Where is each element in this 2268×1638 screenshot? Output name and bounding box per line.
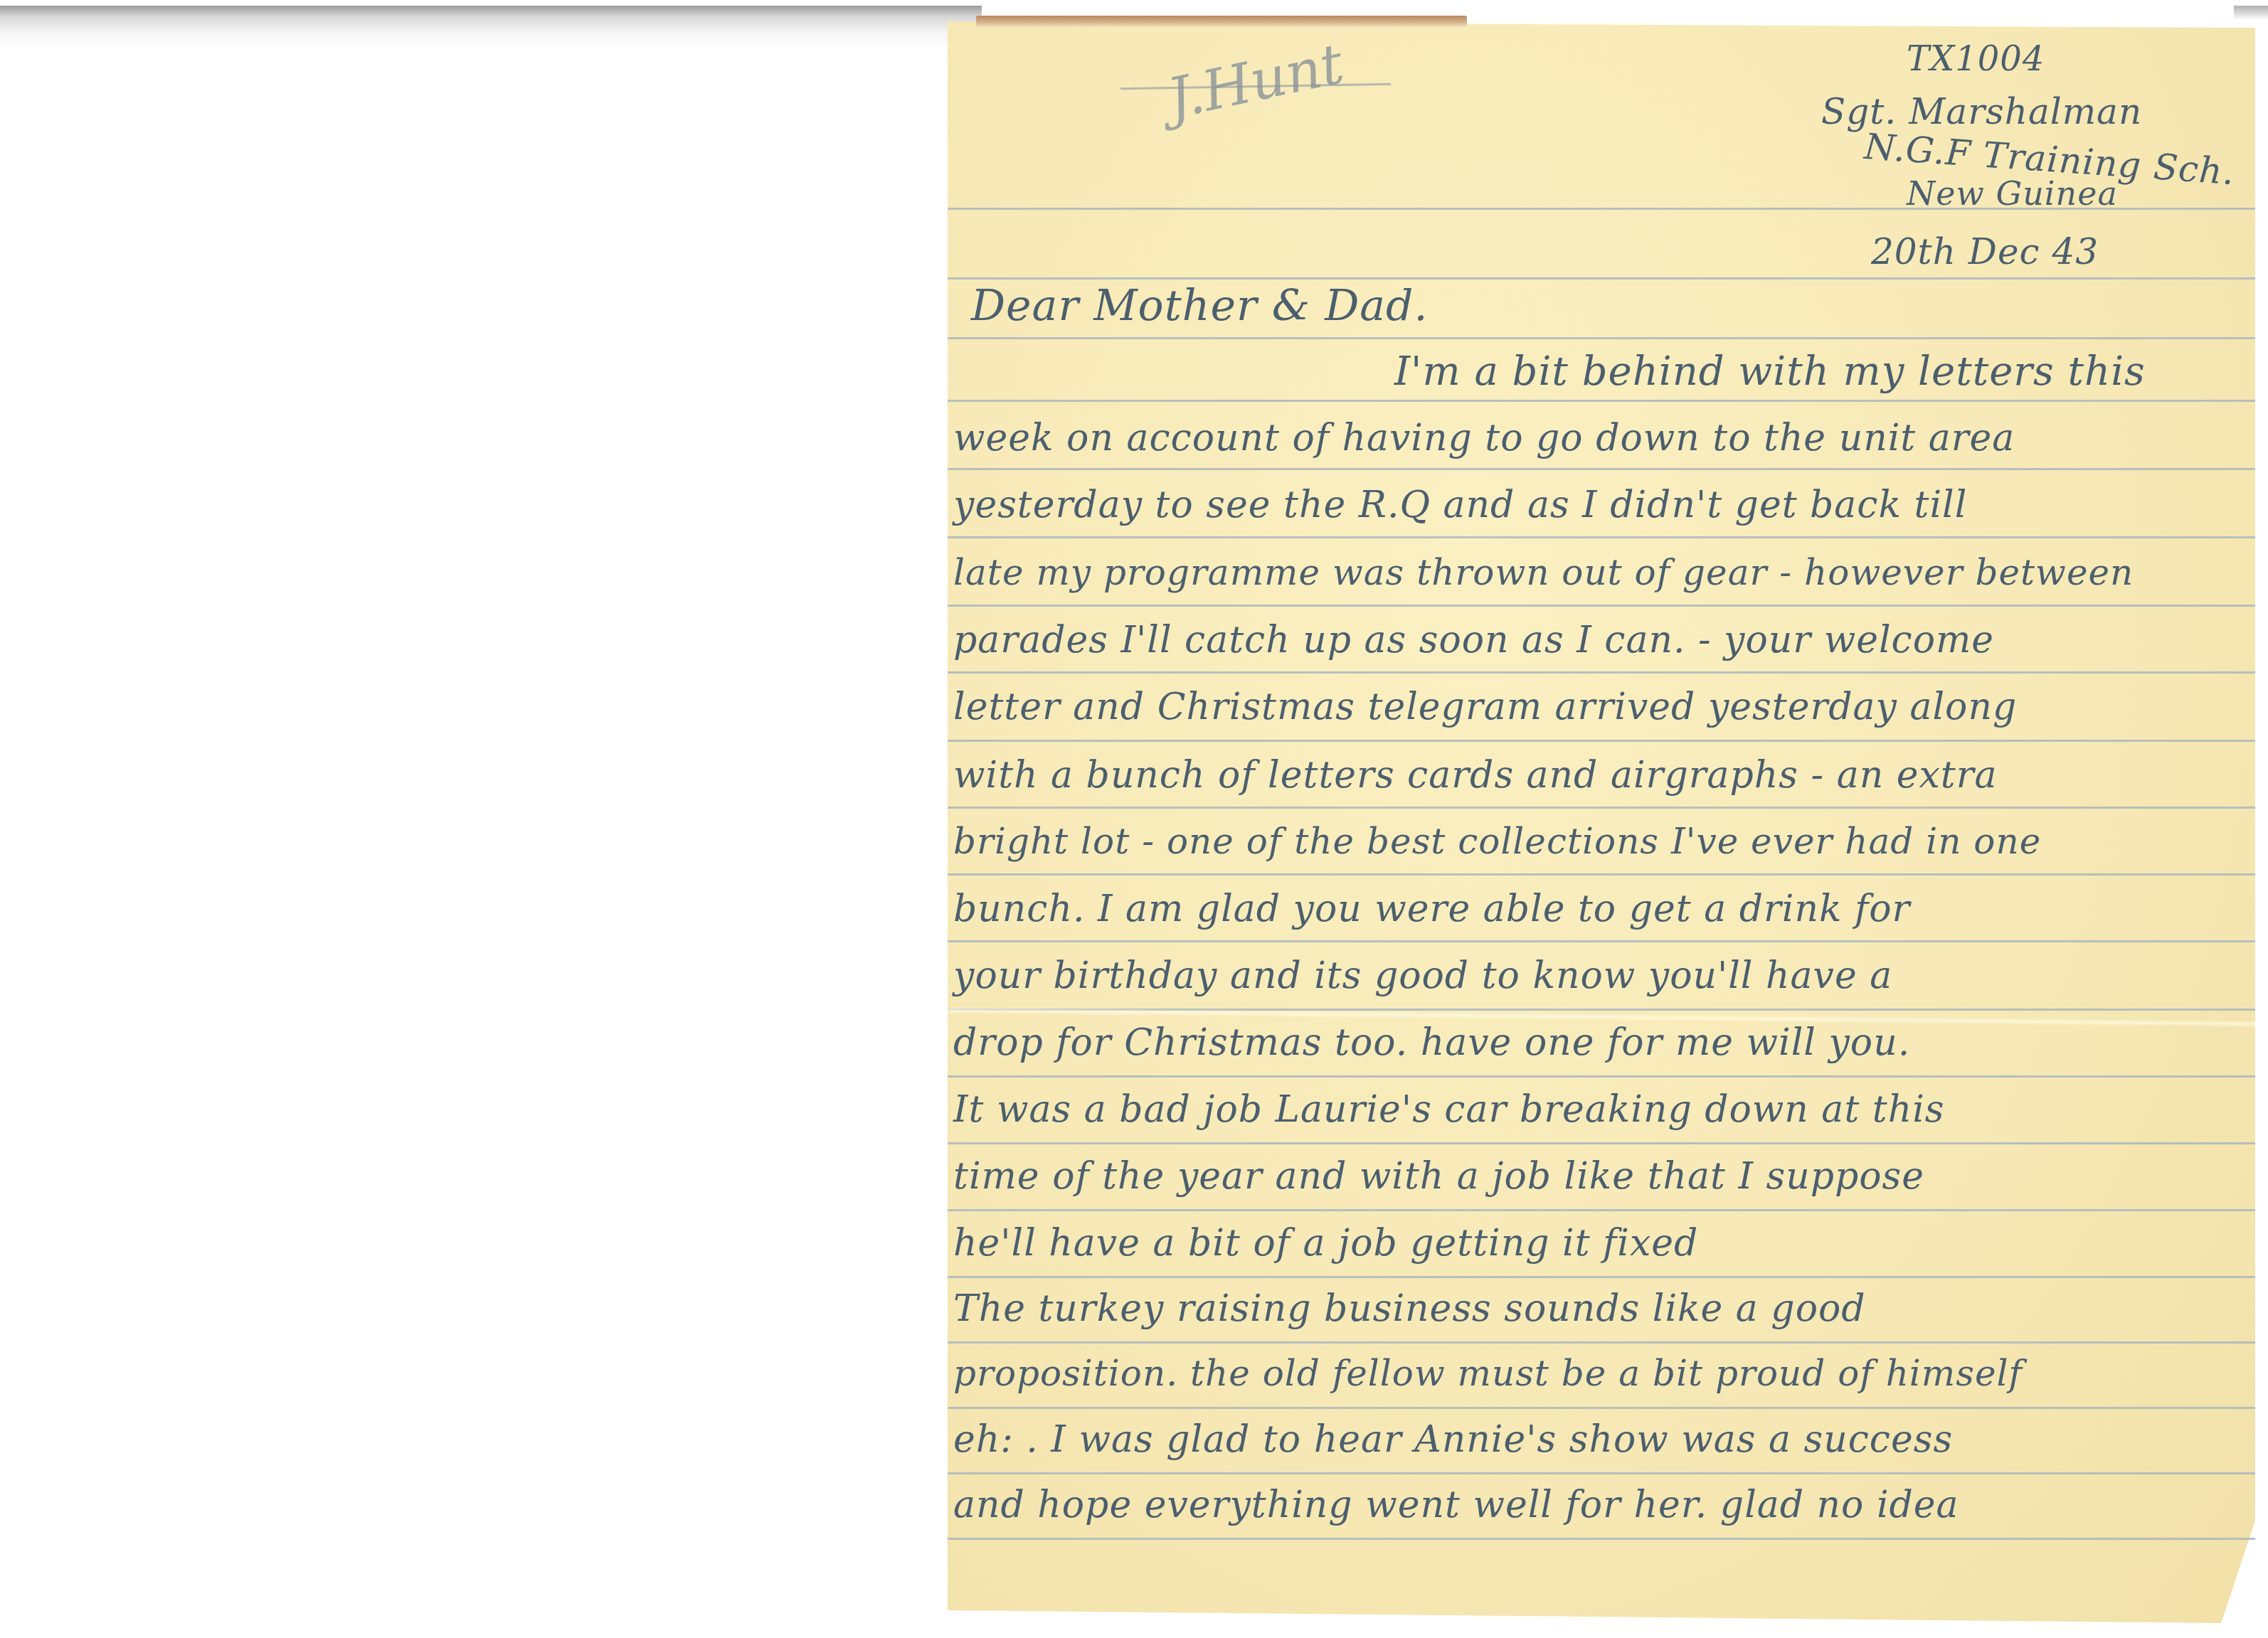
letter-line: late my programme was thrown out of gear… <box>953 552 2134 593</box>
ruled-line <box>948 740 2255 742</box>
letter-line: eh: . I was glad to hear Annie's show wa… <box>953 1418 1953 1461</box>
ruled-line <box>948 807 2255 809</box>
ruled-line <box>948 1407 2255 1409</box>
salutation: Dear Mother & Dad. <box>971 281 1429 331</box>
sender-location: New Guinea <box>1907 174 2118 213</box>
service-number: TX1004 <box>1907 39 2045 79</box>
ruled-line <box>948 605 2255 607</box>
letter-line: he'll have a bit of a job getting it fix… <box>953 1222 1698 1265</box>
letter-line: and hope everything went well for her. g… <box>953 1484 1959 1526</box>
ruled-line <box>948 1472 2255 1474</box>
ruled-line <box>948 277 2255 280</box>
letter-line: time of the year and with a job like tha… <box>953 1155 1924 1198</box>
letter-line: yesterday to see the R.Q and as I didn't… <box>953 484 1967 526</box>
ruled-line <box>948 1142 2255 1144</box>
ruled-line <box>948 468 2255 470</box>
ruled-line <box>948 1276 2255 1278</box>
ruled-line <box>948 1538 2255 1540</box>
ruled-line <box>948 536 2255 538</box>
ruled-line <box>948 1075 2255 1078</box>
ruled-line <box>948 400 2255 402</box>
ruled-line <box>948 940 2255 942</box>
scanner-shadow <box>0 6 982 48</box>
torn-top-edge <box>976 16 1467 27</box>
letter-line: week on account of having to go down to … <box>953 417 2015 459</box>
ruled-line <box>948 337 2255 339</box>
letter-line: bright lot - one of the best collections… <box>953 821 2041 862</box>
letter-line: your birthday and its good to know you'l… <box>953 954 1892 997</box>
ruled-line <box>948 1341 2255 1344</box>
ruled-line <box>948 873 2255 876</box>
letter-line: The turkey raising business sounds like … <box>953 1287 1866 1330</box>
letter-line: proposition. the old fellow must be a bi… <box>953 1353 2023 1394</box>
letter-line: I'm a bit behind with my letters this <box>1394 349 2146 395</box>
letter-line: It was a bad job Laurie's car breaking d… <box>953 1088 1945 1131</box>
letter-line: bunch. I am glad you were able to get a … <box>953 888 1910 930</box>
letter-line: letter and Christmas telegram arrived ye… <box>953 686 2017 728</box>
ruled-line <box>948 1209 2255 1211</box>
letter-date: 20th Dec 43 <box>1871 231 2099 272</box>
letter-line: drop for Christmas too. have one for me … <box>953 1021 1910 1064</box>
scanner-shadow-right <box>2234 6 2268 20</box>
ruled-line <box>948 671 2255 674</box>
letter-line: parades I'll catch up as soon as I can. … <box>953 619 1994 661</box>
letter-line: with a bunch of letters cards and airgra… <box>953 754 1998 797</box>
